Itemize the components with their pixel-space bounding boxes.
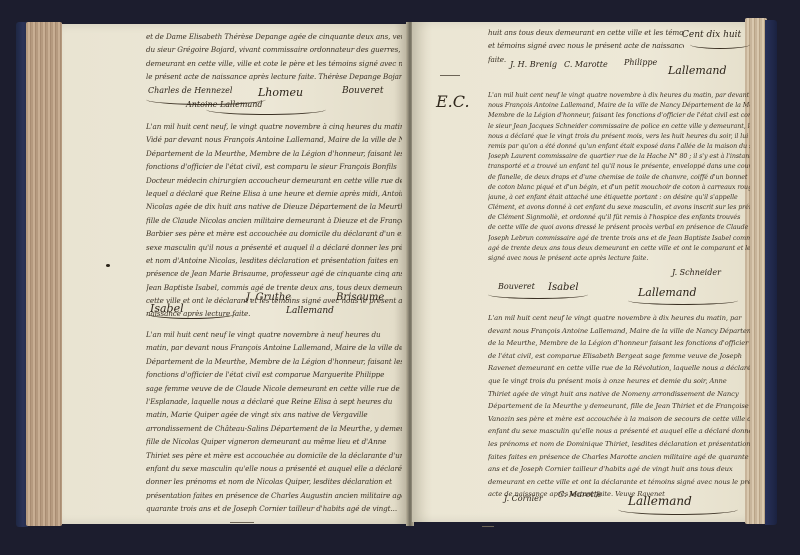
signature: J. Cornier: [504, 494, 543, 503]
text-line: ans et de Joseph Cornier tailleur d'habi…: [488, 463, 750, 476]
signature: J. H. Brenig: [510, 60, 557, 69]
signature: Lhomeu: [258, 86, 303, 99]
left-entry-2-signatures: J. Gruthe Brisaume Isabel Lallemand: [146, 292, 406, 322]
text-line: enfant du sexe masculin qu'elle nous a p…: [488, 425, 750, 438]
page-edges-left: [26, 22, 62, 526]
margin-note: E.C.: [436, 92, 470, 111]
text-line: Joseph Laurent commissaire de quartier r…: [488, 151, 750, 161]
text-line: sage femme veuve de de Claude Nicole dem…: [146, 382, 402, 395]
right-entry-5: L'an mil huit cent neuf le vingt quatre …: [488, 312, 750, 501]
text-line: et témoins signé avec nous le présent ac…: [488, 39, 684, 52]
text-line: L'an mil huit cent neuf le vingt quatre …: [488, 312, 750, 325]
signature: J. Gruthe: [246, 292, 291, 303]
text-line: fille de Claude Nicolas ancien militaire…: [146, 214, 402, 227]
text-line: fille de Nicolas Quiper vigneron demeura…: [146, 435, 402, 448]
signature: Bouveret: [342, 86, 383, 96]
text-line: signé avec nous le présent acte après le…: [488, 253, 750, 263]
text-line: lequel a déclaré que Reine Elisa à une h…: [146, 187, 402, 200]
text-line: demeurant en cette ville, ville et cote …: [146, 57, 402, 70]
text-line: de Clément Signmoliè, et ordonné qu'il f…: [488, 212, 750, 222]
right-entry-4-signatures: J. Schneider Bouveret Isabel Lallemand: [488, 268, 750, 304]
left-entry-2: L'an mil huit cent neuf, le vingt quatre…: [146, 120, 402, 321]
text-line: Barbier ses père et mère est accouchée a…: [146, 227, 402, 240]
right-entry-5-signatures: J. Cornier C. Marotte Lallemand: [488, 494, 750, 524]
text-line: transporté et a trouvé un enfant tel qu'…: [488, 161, 750, 171]
signature: Philippe: [624, 58, 657, 67]
text-line: demeurant en cette ville et ont la décla…: [488, 476, 750, 489]
text-line: l'Esplanade, laquelle nous a déclaré que…: [146, 395, 402, 408]
text-line: le présent acte de naissance après lectu…: [146, 70, 402, 83]
book-cover-right: [765, 20, 777, 525]
text-line: Membre de la Légion d'honneur, faisant l…: [488, 110, 750, 120]
text-line: agé de trente deux ans tous deux demeura…: [488, 243, 750, 253]
signature-flourish: [206, 104, 326, 115]
text-line: sexe masculin qu'il nous a présenté et a…: [146, 241, 402, 254]
text-line: Docteur médecin chirurgien accoucheur de…: [146, 174, 402, 187]
text-line: fonctions d'officier de l'état civil, es…: [146, 160, 402, 173]
section-rule: [482, 526, 494, 527]
text-line: Clément, et avons donné à cet enfant du …: [488, 202, 750, 212]
text-line: de coton blanc piqué et d'un bégin, et d…: [488, 182, 750, 192]
text-line: faites faites en présence de Charles Mar…: [488, 451, 750, 464]
signature-flourish: [488, 290, 588, 299]
text-line: Vidé par devant nous François Antoine La…: [146, 133, 402, 146]
text-line: matin, Marie Quiper agée de vingt six an…: [146, 408, 402, 421]
text-line: jaune, à cet enfant était attaché une ét…: [488, 192, 750, 202]
text-line: de la Meurthe, Membre de la Légion d'hon…: [488, 337, 750, 350]
text-line: le sieur Jean Jacques Schneider commissa…: [488, 121, 750, 131]
text-line: du sieur Grégoire Bojard, vivant commiss…: [146, 43, 402, 56]
right-entry-4: L'an mil huit cent neuf le vingt quatre …: [488, 90, 750, 263]
text-line: Département de la Meurthe, Membre de la …: [146, 147, 402, 160]
section-rule: [230, 522, 254, 523]
text-line: donner les prénoms et nom de Nicolas Qui…: [146, 475, 402, 488]
text-line: et nom d'Antoine Nicolas, lesdites décla…: [146, 254, 402, 267]
text-line: L'an mil huit cent neuf le vingt quatre …: [146, 328, 402, 341]
text-line: Département de la Meurthe, Membre de la …: [146, 355, 402, 368]
text-line: de l'état civil, est comparue Elisabeth …: [488, 350, 750, 363]
signature: J. Schneider: [672, 268, 721, 277]
left-entry-3: L'an mil huit cent neuf le vingt quatre …: [146, 328, 402, 515]
text-line: quarante trois ans et de Joseph Cornier …: [146, 502, 402, 515]
text-line: nous a déclaré que le vingt trois du pré…: [488, 131, 750, 141]
text-line: devant nous François Antoine Lallemand, …: [488, 325, 750, 338]
text-line: présentation faites en présence de Charl…: [146, 489, 402, 502]
left-entry-1-signatures: Charles de Hennezel Lhomeu Bouveret Anto…: [146, 86, 406, 120]
text-line: présence de Jean Marie Brisaume, profess…: [146, 267, 402, 280]
margin-signature: Cent dix huit: [682, 30, 741, 40]
signature: C. Marotte: [558, 490, 602, 499]
text-line: fonctions d'officier de l'état civil est…: [146, 368, 402, 381]
text-line: nous François Antoine Lallemand, Maire d…: [488, 100, 750, 110]
signature-flourish: [146, 308, 236, 319]
text-line: Nicolas agée de dix huit ans native de D…: [146, 200, 402, 213]
signature: C. Marotte: [564, 60, 608, 69]
left-entry-1-continuation: et de Dame Elisabeth Thérèse Depange agé…: [146, 30, 402, 84]
text-line: Ravenet demeurant en cette ville rue de …: [488, 362, 750, 375]
section-rule: [440, 75, 460, 76]
signature-flourish: [690, 40, 750, 49]
signature: Brisaume: [336, 292, 384, 303]
signature-flourish: [628, 296, 738, 305]
text-line: que le vingt trois du présent mois à onz…: [488, 375, 750, 388]
ink-blot: [106, 264, 110, 267]
text-line: de cette ville de quoi avons dressé le p…: [488, 222, 750, 232]
text-line: huit ans tous deux demeurant en cette vi…: [488, 26, 684, 39]
text-line: Vanozin ses père et mère est accouchée à…: [488, 413, 750, 426]
text-line: et de Dame Elisabeth Thérèse Depange agé…: [146, 30, 402, 43]
signature-flourish: [618, 504, 738, 515]
text-line: Joseph Lebrun commissaire agé de trente …: [488, 233, 750, 243]
text-line: Thiriet ses père et mère est accouchée a…: [146, 449, 402, 462]
text-line: Département de la Meurthe y demeurant, f…: [488, 400, 750, 413]
text-line: Thiriet agée de vingt huit ans native de…: [488, 388, 750, 401]
right-entry-3-signatures: J. H. Brenig C. Marotte Philippe Lallema…: [488, 60, 748, 90]
text-line: enfant du sexe masculin qu'elle nous a p…: [146, 462, 402, 475]
signature: Lallemand: [286, 306, 334, 316]
text-line: de flanelle, de deux draps et d'une chem…: [488, 172, 750, 182]
text-line: L'an mil huit cent neuf, le vingt quatre…: [146, 120, 402, 133]
text-line: arrondissement de Château-Salins Départe…: [146, 422, 402, 435]
text-line: matin, par devant nous François Antoine …: [146, 341, 402, 354]
text-line: les prénoms et nom de Dominique Thiriet,…: [488, 438, 750, 451]
signature: Lallemand: [668, 64, 727, 77]
text-line: L'an mil huit cent neuf le vingt quatre …: [488, 90, 750, 100]
text-line: remis par qu'on a été donné qu'un enfant…: [488, 141, 750, 151]
